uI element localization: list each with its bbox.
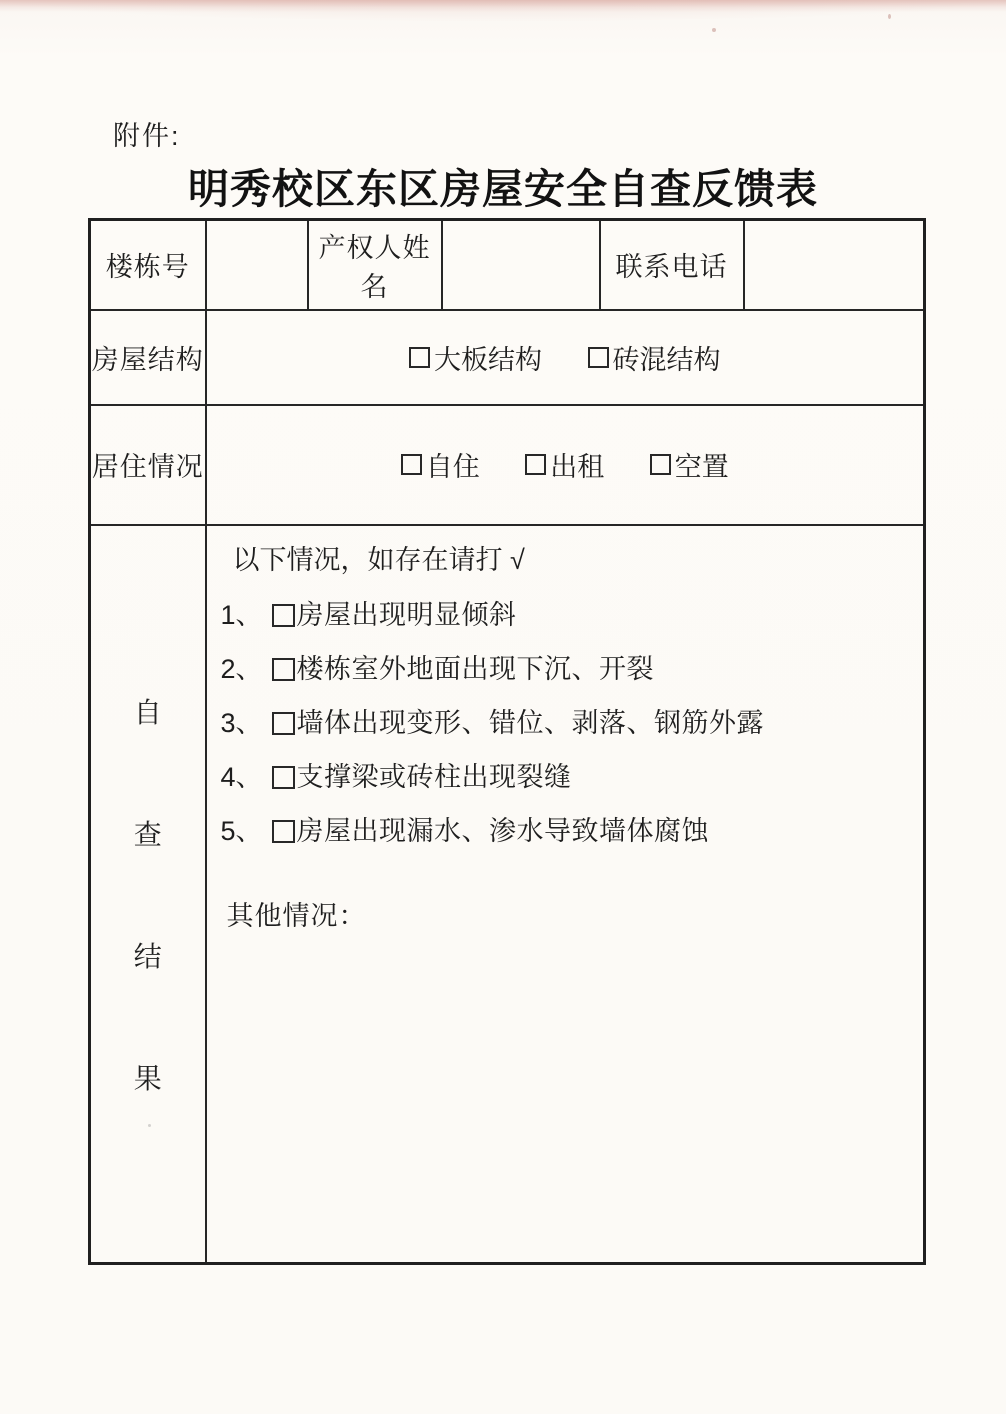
item-text: 墙体出现变形、错位、剥落、钢筋外露 xyxy=(297,708,765,738)
structure-row-label: 房屋结构 xyxy=(90,310,206,405)
scan-artifact-top-band xyxy=(0,0,1006,12)
check-item-1: 1、房屋出现明显倾斜 xyxy=(221,601,906,629)
option-label: 大板结构 xyxy=(434,338,542,377)
check-item-2: 2、楼栋室外地面出现下沉、开裂 xyxy=(221,655,906,683)
checkbox-self-occupied[interactable] xyxy=(401,454,422,475)
checkbox-brick-concrete-structure[interactable] xyxy=(588,347,609,368)
self-check-result-label-cell: 自 查 结 果 xyxy=(90,525,206,1264)
item-text: 楼栋室外地面出现下沉、开裂 xyxy=(297,654,655,684)
check-item-5: 5、房屋出现漏水、渗水导致墙体腐蚀 xyxy=(221,817,906,845)
option-self-occupied: 自住 xyxy=(401,445,480,484)
owner-name-input-cell[interactable] xyxy=(442,220,600,310)
checkbox-item-2[interactable] xyxy=(272,658,295,681)
item-number: 3、 xyxy=(221,709,263,737)
check-item-3: 3、墙体出现变形、错位、剥落、钢筋外露 xyxy=(221,709,906,737)
structure-row: 房屋结构 大板结构 砖混结构 xyxy=(90,310,925,405)
checkbox-large-panel-structure[interactable] xyxy=(409,347,430,368)
option-label: 出租 xyxy=(550,445,604,484)
other-situations-label: 其他情况： xyxy=(227,901,906,931)
occupancy-row-label: 居住情况 xyxy=(90,405,206,525)
scanned-document-page: 附件: 明秀校区东区房屋安全自查反馈表 楼栋号 产权人姓名 联系电话 房屋结构 … xyxy=(0,0,1006,1414)
checkbox-rented[interactable] xyxy=(525,454,546,475)
info-row: 楼栋号 产权人姓名 联系电话 xyxy=(90,220,925,310)
self-check-result-vertical-label: 自 查 结 果 xyxy=(91,691,205,1097)
checkbox-item-1[interactable] xyxy=(272,604,295,627)
checkbox-vacant[interactable] xyxy=(650,454,671,475)
vertical-label-char: 果 xyxy=(134,1057,162,1097)
item-number: 4、 xyxy=(221,763,263,791)
option-vacant: 空置 xyxy=(650,445,729,484)
owner-name-label: 产权人姓名 xyxy=(308,220,442,310)
contact-phone-label: 联系电话 xyxy=(600,220,744,310)
checkbox-item-5[interactable] xyxy=(272,820,295,843)
self-check-result-row: 自 查 结 果 以下情况，如存在请打 √ 1、房屋出现明显倾斜 2、楼栋室外地面… xyxy=(90,525,925,1264)
building-number-label: 楼栋号 xyxy=(90,220,206,310)
occupancy-options-cell: 自住 出租 空置 xyxy=(206,405,925,525)
checkbox-item-3[interactable] xyxy=(272,712,295,735)
item-text: 房屋出现明显倾斜 xyxy=(297,600,517,630)
check-instruction: 以下情况，如存在请打 √ xyxy=(233,546,906,574)
item-text: 支撑梁或砖柱出现裂缝 xyxy=(297,762,572,792)
item-text: 房屋出现漏水、渗水导致墙体腐蚀 xyxy=(297,816,710,846)
attachment-label: 附件: xyxy=(113,114,181,153)
option-label: 砖混结构 xyxy=(613,338,721,377)
self-check-result-content-cell: 以下情况，如存在请打 √ 1、房屋出现明显倾斜 2、楼栋室外地面出现下沉、开裂 … xyxy=(206,525,925,1264)
scan-speck xyxy=(888,14,891,19)
option-large-panel-structure: 大板结构 xyxy=(409,338,542,377)
vertical-label-char: 结 xyxy=(134,935,162,975)
checkbox-item-4[interactable] xyxy=(272,766,295,789)
scan-speck xyxy=(712,28,716,32)
check-item-4: 4、支撑梁或砖柱出现裂缝 xyxy=(221,763,906,791)
option-label: 自住 xyxy=(426,445,480,484)
contact-phone-input-cell[interactable] xyxy=(744,220,925,310)
option-brick-concrete-structure: 砖混结构 xyxy=(588,338,721,377)
building-number-input-cell[interactable] xyxy=(206,220,308,310)
option-label: 空置 xyxy=(675,445,729,484)
vertical-label-char: 查 xyxy=(134,813,162,853)
option-rented: 出租 xyxy=(525,445,604,484)
vertical-label-char: 自 xyxy=(134,691,162,731)
page-title: 明秀校区东区房屋安全自查反馈表 xyxy=(0,156,1006,215)
item-number: 5、 xyxy=(221,817,263,845)
occupancy-row: 居住情况 自住 出租 空置 xyxy=(90,405,925,525)
item-number: 1、 xyxy=(221,601,263,629)
structure-options-cell: 大板结构 砖混结构 xyxy=(206,310,925,405)
item-number: 2、 xyxy=(221,655,263,683)
feedback-form-table: 楼栋号 产权人姓名 联系电话 房屋结构 大板结构 砖混结构 居住情况 xyxy=(88,218,926,1265)
